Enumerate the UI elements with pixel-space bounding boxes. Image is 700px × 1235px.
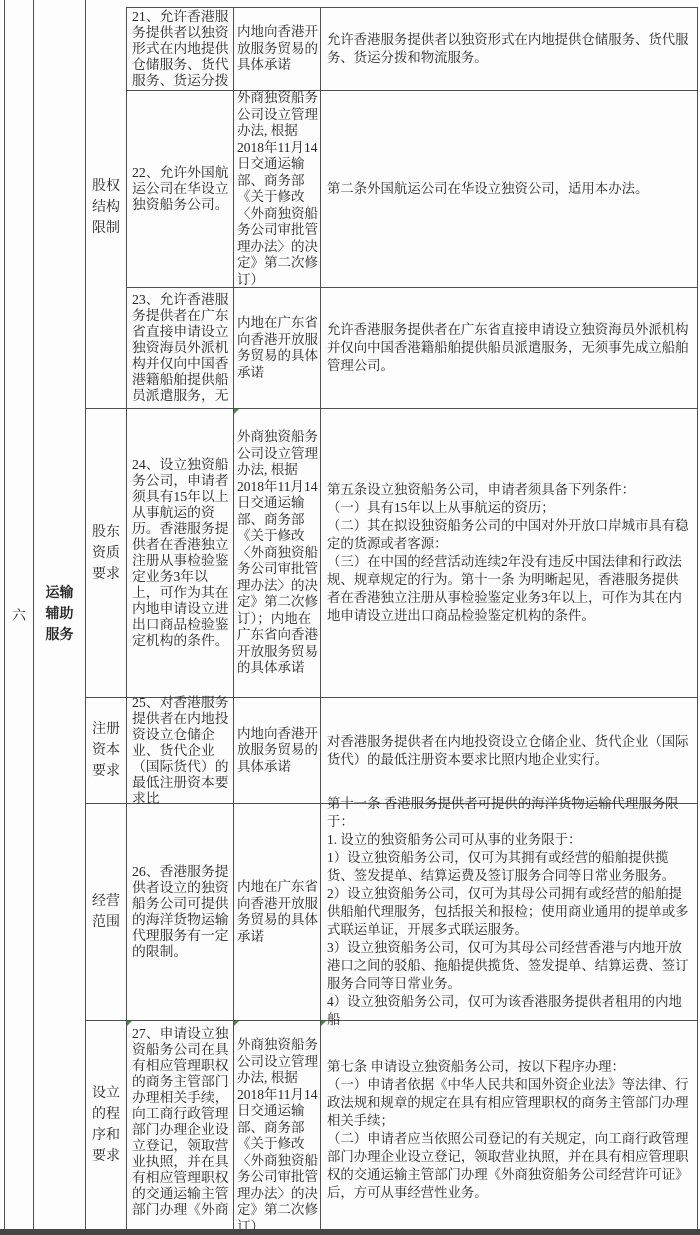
row-25-measure-cell: 25、对香港服务提供者在内地投资设立仓储企业、货代企业（国际货代）的最低注册资本… [127, 698, 233, 803]
row-24-measure-cell: 24、设立独资船务公司，申请者须具有15年以上从事航运的资历。香港服务提供者在香… [127, 409, 233, 697]
row-24-basis-cell: 外商独资船务公司设立管理办法, 根据2018年11月14日交通运输部、商务部《关… [234, 409, 320, 697]
cell-corner-marker [234, 1021, 239, 1026]
row-26-commitment-cell: 第十一条 香港服务提供者可提供的海洋货物运输代理服务限于： 1. 设立的独资船务… [321, 804, 697, 1020]
bottom-cutoff-edge [0, 1229, 700, 1235]
row-27-commitment-cell: 第七条 申请设立独资船务公司，按以下程序办理： （一）申请者依据《中华人民共和国… [321, 1021, 697, 1229]
category-cell-establishment-procedure: 设立的程序和要求 [86, 1021, 126, 1229]
cepa-commitments-table: 六 运输辅助服务 股权结构限制 股东资质要求 注册资本要求 经营范围 设立的程序… [0, 0, 700, 1235]
cell-corner-marker [321, 1021, 326, 1026]
section-index-cell: 六 [5, 0, 33, 1229]
row-23-measure-cell: 23、允许香港服务提供者在广东省直接申请设立独资海员外派机构并仅向中国香港籍船舶… [127, 288, 233, 408]
row-22-measure-cell: 22、允许外国航运公司在华设立独资船务公司。 [127, 91, 233, 287]
sector-name-cell: 运输辅助服务 [34, 0, 85, 1229]
row-26-measure-cell: 26、香港服务提供者设立的独资船务公司可提供的海洋货物运输代理服务有一定的限制。 [127, 804, 233, 1020]
row-21-commitment-cell: 允许香港服务提供者以独资形式在内地提供仓储服务、货代服务、货运分拨和物流服务。 [321, 8, 697, 90]
category-cell-shareholder-qualification: 股东资质要求 [86, 409, 126, 697]
row-25-commitment-cell: 对香港服务提供者在内地投资设立仓储企业、货代企业（国际货代）的最低注册资本要求比… [321, 698, 697, 803]
category-cell-registered-capital: 注册资本要求 [86, 698, 126, 803]
row-21-basis-cell: 内地向香港开放服务贸易的具体承诺 [234, 8, 320, 90]
row-27-measure-cell: 27、申请设立独资船务公司在具有相应管理职权的商务主管部门办理相关手续，向工商行… [127, 1021, 233, 1229]
row-25-basis-cell: 内地向香港开放服务贸易的具体承诺 [234, 698, 320, 803]
row-22-basis-cell: 外商独资船务公司设立管理办法, 根据2018年11月14日交通运输部、商务部《关… [234, 91, 320, 287]
cell-corner-marker [234, 409, 239, 414]
row-21-measure-cell: 21、允许香港服务提供者以独资形式在内地提供仓储服务、货代服务、货运分拨 [127, 8, 233, 90]
row-24-commitment-cell: 第五条设立独资船务公司，申请者须具备下列条件： （一）具有15年以上从事航运的资… [321, 409, 697, 697]
category-cell-equity-structure: 股权结构限制 [86, 7, 126, 408]
row-26-basis-cell: 内地在广东省向香港开放服务贸易的具体承诺 [234, 804, 320, 1020]
cell-corner-marker [127, 1021, 132, 1026]
row-27-basis-cell: 外商独资船务公司设立管理办法, 根据2018年11月14日交通运输部、商务部《关… [234, 1021, 320, 1229]
row-23-commitment-cell: 允许香港服务提供者在广东省直接申请设立独资海员外派机构并仅向中国香港籍船舶提供船… [321, 288, 697, 408]
row-22-commitment-cell: 第二条外国航运公司在华设立独资公司，适用本办法。 [321, 91, 697, 287]
category-cell-business-scope: 经营范围 [86, 804, 126, 1020]
row-23-basis-cell: 内地在广东省向香港开放服务贸易的具体承诺 [234, 288, 320, 408]
grid-line-vertical [697, 7, 698, 1229]
